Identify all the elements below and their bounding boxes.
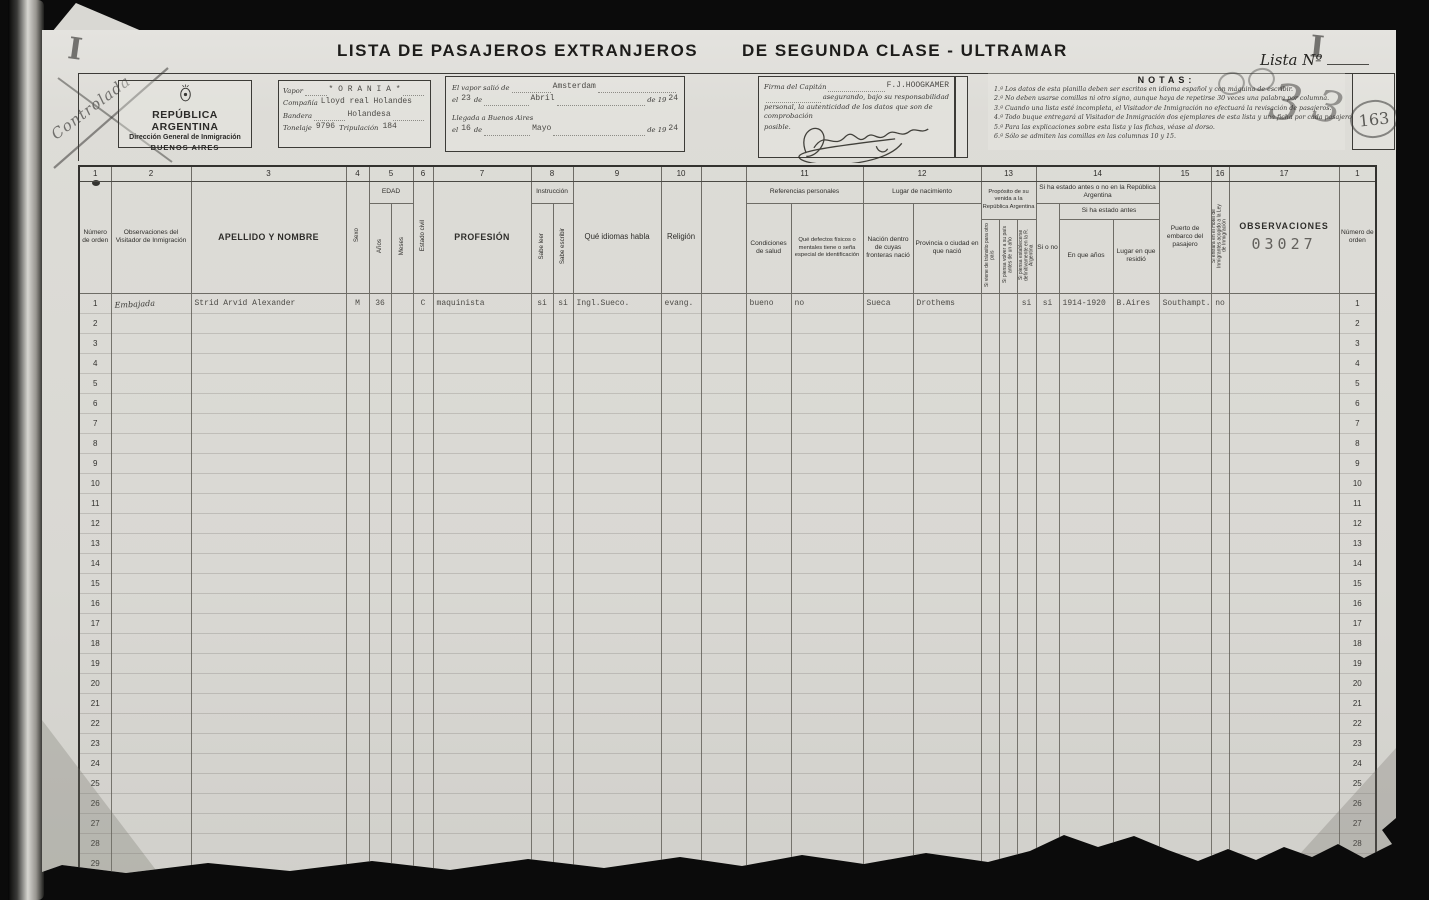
row-number-right: 23 bbox=[1339, 733, 1376, 753]
cell-apellido bbox=[191, 593, 346, 613]
cell-idiomas bbox=[573, 733, 661, 753]
cell-visitador bbox=[111, 333, 191, 353]
cell-nacion bbox=[863, 473, 913, 493]
cell-puerto bbox=[1159, 313, 1211, 333]
cell-religion bbox=[661, 753, 701, 773]
row-number-left: 19 bbox=[79, 653, 111, 673]
cell-sexo bbox=[346, 493, 369, 513]
cell-lugar_residio bbox=[1113, 673, 1159, 693]
cell-provincia bbox=[913, 353, 981, 373]
cell-spacer bbox=[701, 553, 746, 573]
cell-establecerse bbox=[1017, 773, 1036, 793]
cell-apellido bbox=[191, 353, 346, 373]
header-profesion: PROFESIÓN bbox=[433, 181, 531, 293]
cell-hotel bbox=[1211, 673, 1229, 693]
cell-volver bbox=[999, 453, 1017, 473]
row-number-left: 2 bbox=[79, 313, 111, 333]
page-title-right: DE SEGUNDA CLASE - ULTRAMAR bbox=[742, 41, 1068, 61]
cell-sabe_leer bbox=[531, 473, 553, 493]
cell-en_que_anos bbox=[1059, 433, 1113, 453]
cell-transito bbox=[981, 453, 999, 473]
cell-visitador bbox=[111, 353, 191, 373]
cell-sabe_escribir: si bbox=[553, 293, 573, 313]
cell-profesion bbox=[433, 653, 531, 673]
table-row: 2828 bbox=[79, 833, 1376, 853]
cell-estado_civil bbox=[413, 813, 433, 833]
cell-si_o_no bbox=[1036, 473, 1059, 493]
cell-salud bbox=[746, 753, 791, 773]
cell-salud bbox=[746, 333, 791, 353]
cell-anos bbox=[369, 493, 391, 513]
cell-provincia bbox=[913, 633, 981, 653]
cell-salud: bueno bbox=[746, 293, 791, 313]
cell-idiomas bbox=[573, 753, 661, 773]
cell-anos bbox=[369, 853, 391, 873]
cell-salud bbox=[746, 573, 791, 593]
cell-visitador bbox=[111, 573, 191, 593]
cell-sexo bbox=[346, 773, 369, 793]
cell-salud bbox=[746, 713, 791, 733]
cell-provincia bbox=[913, 833, 981, 853]
cell-sabe_leer bbox=[531, 553, 553, 573]
cell-spacer bbox=[701, 673, 746, 693]
cell-apellido bbox=[191, 753, 346, 773]
cell-spacer bbox=[701, 733, 746, 753]
cell-establecerse bbox=[1017, 633, 1036, 653]
cell-defectos bbox=[791, 453, 863, 473]
cell-anos bbox=[369, 873, 391, 893]
cell-volver bbox=[999, 713, 1017, 733]
cell-en_que_anos bbox=[1059, 513, 1113, 533]
passenger-table: 1 2 3 4 5 6 7 8 9 10 11 12 13 14 15 16 1… bbox=[78, 165, 1377, 894]
cell-spacer bbox=[701, 413, 746, 433]
cell-spacer bbox=[701, 873, 746, 893]
cell-visitador bbox=[111, 553, 191, 573]
cell-sexo bbox=[346, 553, 369, 573]
cell-meses bbox=[391, 353, 413, 373]
cell-sabe_leer bbox=[531, 393, 553, 413]
cell-anos bbox=[369, 433, 391, 453]
header-referencias: Referencias personales bbox=[746, 181, 863, 203]
row-number-right: 17 bbox=[1339, 613, 1376, 633]
cell-estado_civil bbox=[413, 593, 433, 613]
cell-religion bbox=[661, 653, 701, 673]
cell-apellido bbox=[191, 853, 346, 873]
cell-estado_civil bbox=[413, 373, 433, 393]
cell-idiomas bbox=[573, 633, 661, 653]
cell-sabe_leer bbox=[531, 353, 553, 373]
cell-hotel bbox=[1211, 333, 1229, 353]
cell-visitador bbox=[111, 753, 191, 773]
cell-en_que_anos bbox=[1059, 733, 1113, 753]
row-number-right: 1 bbox=[1339, 293, 1376, 313]
divider-column bbox=[955, 76, 968, 158]
cell-si_o_no bbox=[1036, 333, 1059, 353]
cell-defectos bbox=[791, 753, 863, 773]
cell-estado_civil bbox=[413, 653, 433, 673]
cell-sabe_leer bbox=[531, 593, 553, 613]
row-number-right: 18 bbox=[1339, 633, 1376, 653]
table-row: 1313 bbox=[79, 533, 1376, 553]
cell-puerto bbox=[1159, 733, 1211, 753]
cell-estado_civil bbox=[413, 433, 433, 453]
cell-observaciones bbox=[1229, 613, 1339, 633]
cell-sexo bbox=[346, 673, 369, 693]
cell-establecerse bbox=[1017, 813, 1036, 833]
cell-hotel bbox=[1211, 853, 1229, 873]
cell-estado_civil bbox=[413, 533, 433, 553]
cell-defectos: no bbox=[791, 293, 863, 313]
col-num-spacer bbox=[701, 166, 746, 181]
cell-volver bbox=[999, 533, 1017, 553]
cell-sexo bbox=[346, 513, 369, 533]
cell-sabe_leer bbox=[531, 713, 553, 733]
de-label-2: de bbox=[474, 125, 482, 136]
cell-profesion bbox=[433, 513, 531, 533]
cell-defectos bbox=[791, 873, 863, 893]
header-idiomas: Qué idiomas habla bbox=[573, 181, 661, 293]
cell-sexo bbox=[346, 313, 369, 333]
cell-si_o_no bbox=[1036, 673, 1059, 693]
row-number-right: 30 bbox=[1339, 873, 1376, 893]
cell-sexo bbox=[346, 533, 369, 553]
cell-visitador bbox=[111, 393, 191, 413]
cell-meses bbox=[391, 533, 413, 553]
de19-label-2: de 19 bbox=[647, 125, 666, 136]
header-instruccion: Instrucción bbox=[531, 181, 573, 203]
cell-estado_civil bbox=[413, 493, 433, 513]
cell-si_o_no bbox=[1036, 793, 1059, 813]
cell-hotel bbox=[1211, 633, 1229, 653]
cell-sexo bbox=[346, 693, 369, 713]
cell-anos bbox=[369, 773, 391, 793]
cell-sexo bbox=[346, 733, 369, 753]
cell-volver bbox=[999, 353, 1017, 373]
cell-apellido bbox=[191, 513, 346, 533]
cell-anos bbox=[369, 453, 391, 473]
header-establecerse: Si piensa establecerse definitivamente e… bbox=[1017, 219, 1036, 293]
cell-profesion bbox=[433, 433, 531, 453]
cell-defectos bbox=[791, 313, 863, 333]
llegada-month: Mayo bbox=[532, 123, 551, 135]
cell-sexo bbox=[346, 813, 369, 833]
table-row: 2121 bbox=[79, 693, 1376, 713]
cell-observaciones bbox=[1229, 693, 1339, 713]
cell-transito bbox=[981, 673, 999, 693]
cell-volver bbox=[999, 753, 1017, 773]
row-number-right: 22 bbox=[1339, 713, 1376, 733]
cell-nacion bbox=[863, 593, 913, 613]
cell-hotel bbox=[1211, 873, 1229, 893]
row-number-right: 14 bbox=[1339, 553, 1376, 573]
cell-volver bbox=[999, 733, 1017, 753]
cell-puerto bbox=[1159, 713, 1211, 733]
cell-volver bbox=[999, 873, 1017, 893]
cell-establecerse bbox=[1017, 513, 1036, 533]
cell-apellido bbox=[191, 813, 346, 833]
cell-sexo bbox=[346, 713, 369, 733]
cell-estado_civil bbox=[413, 553, 433, 573]
cell-volver bbox=[999, 313, 1017, 333]
cell-estado_civil bbox=[413, 473, 433, 493]
cell-meses bbox=[391, 673, 413, 693]
cell-religion bbox=[661, 833, 701, 853]
cell-volver bbox=[999, 693, 1017, 713]
cell-spacer bbox=[701, 813, 746, 833]
cell-spacer bbox=[701, 713, 746, 733]
cell-nacion bbox=[863, 313, 913, 333]
cell-en_que_anos bbox=[1059, 553, 1113, 573]
page-number-value: 163 bbox=[1358, 108, 1390, 130]
cell-defectos bbox=[791, 793, 863, 813]
cell-salud bbox=[746, 833, 791, 853]
cell-visitador bbox=[111, 733, 191, 753]
cell-sabe_escribir bbox=[553, 813, 573, 833]
cell-anos bbox=[369, 533, 391, 553]
cell-puerto bbox=[1159, 773, 1211, 793]
row-number-right: 24 bbox=[1339, 753, 1376, 773]
cell-sabe_escribir bbox=[553, 693, 573, 713]
cell-defectos bbox=[791, 613, 863, 633]
cell-salud bbox=[746, 693, 791, 713]
cell-religion bbox=[661, 673, 701, 693]
cell-sexo bbox=[346, 453, 369, 473]
cell-establecerse bbox=[1017, 753, 1036, 773]
cell-idiomas bbox=[573, 773, 661, 793]
row-number-left: 24 bbox=[79, 753, 111, 773]
cell-meses bbox=[391, 493, 413, 513]
cell-establecerse bbox=[1017, 573, 1036, 593]
cell-observaciones bbox=[1229, 713, 1339, 733]
cell-puerto bbox=[1159, 593, 1211, 613]
cell-transito bbox=[981, 713, 999, 733]
cell-establecerse bbox=[1017, 653, 1036, 673]
cell-hotel bbox=[1211, 733, 1229, 753]
tripulacion-value: 184 bbox=[382, 121, 396, 133]
cell-spacer bbox=[701, 353, 746, 373]
col-num: 16 bbox=[1211, 166, 1229, 181]
cell-establecerse bbox=[1017, 713, 1036, 733]
cell-idiomas bbox=[573, 393, 661, 413]
cell-establecerse bbox=[1017, 373, 1036, 393]
cell-lugar_residio: B.Aires bbox=[1113, 293, 1159, 313]
cell-salud bbox=[746, 353, 791, 373]
cell-lugar_residio bbox=[1113, 473, 1159, 493]
cell-provincia bbox=[913, 813, 981, 833]
cell-provincia bbox=[913, 673, 981, 693]
cell-si_o_no bbox=[1036, 693, 1059, 713]
cell-transito bbox=[981, 693, 999, 713]
cell-en_que_anos bbox=[1059, 413, 1113, 433]
cell-apellido bbox=[191, 713, 346, 733]
cell-religion bbox=[661, 873, 701, 893]
cell-si_o_no bbox=[1036, 873, 1059, 893]
masthead-left-border bbox=[78, 73, 79, 161]
row-number-right: 10 bbox=[1339, 473, 1376, 493]
cell-visitador bbox=[111, 873, 191, 893]
cell-idiomas bbox=[573, 593, 661, 613]
cell-visitador bbox=[111, 373, 191, 393]
row-number-left: 6 bbox=[79, 393, 111, 413]
cell-hotel bbox=[1211, 773, 1229, 793]
cell-idiomas bbox=[573, 653, 661, 673]
cell-sexo bbox=[346, 633, 369, 653]
cell-nacion bbox=[863, 493, 913, 513]
header-defectos: Qué defectos físicos o mentales tiene o … bbox=[791, 203, 863, 293]
cell-anos bbox=[369, 473, 391, 493]
cell-establecerse bbox=[1017, 553, 1036, 573]
cell-spacer bbox=[701, 613, 746, 633]
cell-hotel bbox=[1211, 533, 1229, 553]
cell-sabe_escribir bbox=[553, 673, 573, 693]
cell-en_que_anos bbox=[1059, 813, 1113, 833]
cell-apellido bbox=[191, 653, 346, 673]
cell-volver bbox=[999, 633, 1017, 653]
cell-hotel bbox=[1211, 433, 1229, 453]
cell-sabe_escribir bbox=[553, 553, 573, 573]
cell-observaciones bbox=[1229, 733, 1339, 753]
table-header: 1 2 3 4 5 6 7 8 9 10 11 12 13 14 15 16 1… bbox=[79, 166, 1376, 293]
cell-visitador bbox=[111, 413, 191, 433]
cell-sabe_leer bbox=[531, 833, 553, 853]
table-body: 1EmbajadaStrid Arvid AlexanderM36Cmaquin… bbox=[79, 293, 1376, 893]
cell-religion bbox=[661, 813, 701, 833]
cell-observaciones bbox=[1229, 493, 1339, 513]
cell-idiomas bbox=[573, 373, 661, 393]
cell-provincia bbox=[913, 553, 981, 573]
cell-lugar_residio bbox=[1113, 373, 1159, 393]
cell-sexo bbox=[346, 853, 369, 873]
cell-salud bbox=[746, 813, 791, 833]
row-number-left: 16 bbox=[79, 593, 111, 613]
cell-sexo bbox=[346, 873, 369, 893]
cell-estado_civil bbox=[413, 833, 433, 853]
captain-signature-box: Firma del CapitánF.J.HOOGKAMER asegurand… bbox=[758, 76, 955, 158]
cell-apellido bbox=[191, 793, 346, 813]
cell-spacer bbox=[701, 593, 746, 613]
cell-apellido bbox=[191, 413, 346, 433]
cell-en_que_anos bbox=[1059, 873, 1113, 893]
cell-profesion bbox=[433, 593, 531, 613]
table-row: 55 bbox=[79, 373, 1376, 393]
cell-visitador bbox=[111, 693, 191, 713]
cell-visitador bbox=[111, 593, 191, 613]
cell-en_que_anos bbox=[1059, 453, 1113, 473]
row-number-left: 23 bbox=[79, 733, 111, 753]
col-num: 12 bbox=[863, 166, 981, 181]
cell-lugar_residio bbox=[1113, 773, 1159, 793]
row-number-right: 7 bbox=[1339, 413, 1376, 433]
cell-meses bbox=[391, 813, 413, 833]
cell-en_que_anos bbox=[1059, 773, 1113, 793]
cell-visitador bbox=[111, 473, 191, 493]
cell-observaciones bbox=[1229, 673, 1339, 693]
cell-puerto bbox=[1159, 613, 1211, 633]
table-row: 99 bbox=[79, 453, 1376, 473]
salida-month: Abril bbox=[531, 93, 555, 105]
cell-observaciones bbox=[1229, 793, 1339, 813]
cell-estado_civil: C bbox=[413, 293, 433, 313]
cell-hotel bbox=[1211, 553, 1229, 573]
cell-salud bbox=[746, 773, 791, 793]
cell-lugar_residio bbox=[1113, 853, 1159, 873]
cell-meses bbox=[391, 753, 413, 773]
cell-en_que_anos bbox=[1059, 753, 1113, 773]
cell-religion bbox=[661, 393, 701, 413]
cell-meses bbox=[391, 433, 413, 453]
row-number-left: 1 bbox=[79, 293, 111, 313]
cell-transito bbox=[981, 873, 999, 893]
cell-estado_civil bbox=[413, 873, 433, 893]
cell-idiomas bbox=[573, 453, 661, 473]
cell-hotel bbox=[1211, 653, 1229, 673]
cell-sabe_leer bbox=[531, 313, 553, 333]
cell-hotel bbox=[1211, 593, 1229, 613]
cell-religion bbox=[661, 773, 701, 793]
cell-idiomas bbox=[573, 693, 661, 713]
cell-salud bbox=[746, 413, 791, 433]
cell-transito bbox=[981, 473, 999, 493]
cell-defectos bbox=[791, 433, 863, 453]
cell-lugar_residio bbox=[1113, 613, 1159, 633]
cell-religion bbox=[661, 353, 701, 373]
cell-volver bbox=[999, 773, 1017, 793]
cell-volver bbox=[999, 333, 1017, 353]
cell-estado_civil bbox=[413, 673, 433, 693]
cell-sabe_escribir bbox=[553, 593, 573, 613]
cell-transito bbox=[981, 853, 999, 873]
cell-nacion bbox=[863, 333, 913, 353]
cell-lugar_residio bbox=[1113, 573, 1159, 593]
cell-en_que_anos bbox=[1059, 533, 1113, 553]
cell-puerto bbox=[1159, 493, 1211, 513]
argentina-coat-of-arms-icon bbox=[177, 83, 194, 103]
cell-apellido bbox=[191, 613, 346, 633]
cell-lugar_residio bbox=[1113, 833, 1159, 853]
cell-profesion bbox=[433, 833, 531, 853]
cell-visitador: Embajada bbox=[111, 291, 192, 315]
cell-provincia bbox=[913, 753, 981, 773]
cell-spacer bbox=[701, 433, 746, 453]
cell-visitador bbox=[111, 433, 191, 453]
cell-estado_civil bbox=[413, 633, 433, 653]
cell-spacer bbox=[701, 333, 746, 353]
cell-idiomas bbox=[573, 673, 661, 693]
cell-estado_civil bbox=[413, 733, 433, 753]
cell-nacion bbox=[863, 753, 913, 773]
cell-si_o_no bbox=[1036, 613, 1059, 633]
cell-si_o_no: si bbox=[1036, 293, 1059, 313]
cell-transito bbox=[981, 753, 999, 773]
cell-establecerse bbox=[1017, 853, 1036, 873]
cell-puerto bbox=[1159, 413, 1211, 433]
cell-transito bbox=[981, 573, 999, 593]
salida-day: 23 bbox=[461, 93, 471, 105]
cell-spacer bbox=[701, 653, 746, 673]
cell-meses bbox=[391, 333, 413, 353]
cell-sabe_escribir bbox=[553, 513, 573, 533]
cell-religion bbox=[661, 493, 701, 513]
cell-idiomas: Ingl.Sueco. bbox=[573, 293, 661, 313]
authority-country: REPÚBLICA ARGENTINA bbox=[119, 109, 251, 133]
cell-profesion bbox=[433, 673, 531, 693]
cell-observaciones bbox=[1229, 653, 1339, 673]
cell-transito bbox=[981, 833, 999, 853]
cell-sexo bbox=[346, 793, 369, 813]
cell-idiomas bbox=[573, 333, 661, 353]
cell-puerto bbox=[1159, 673, 1211, 693]
cell-religion bbox=[661, 713, 701, 733]
